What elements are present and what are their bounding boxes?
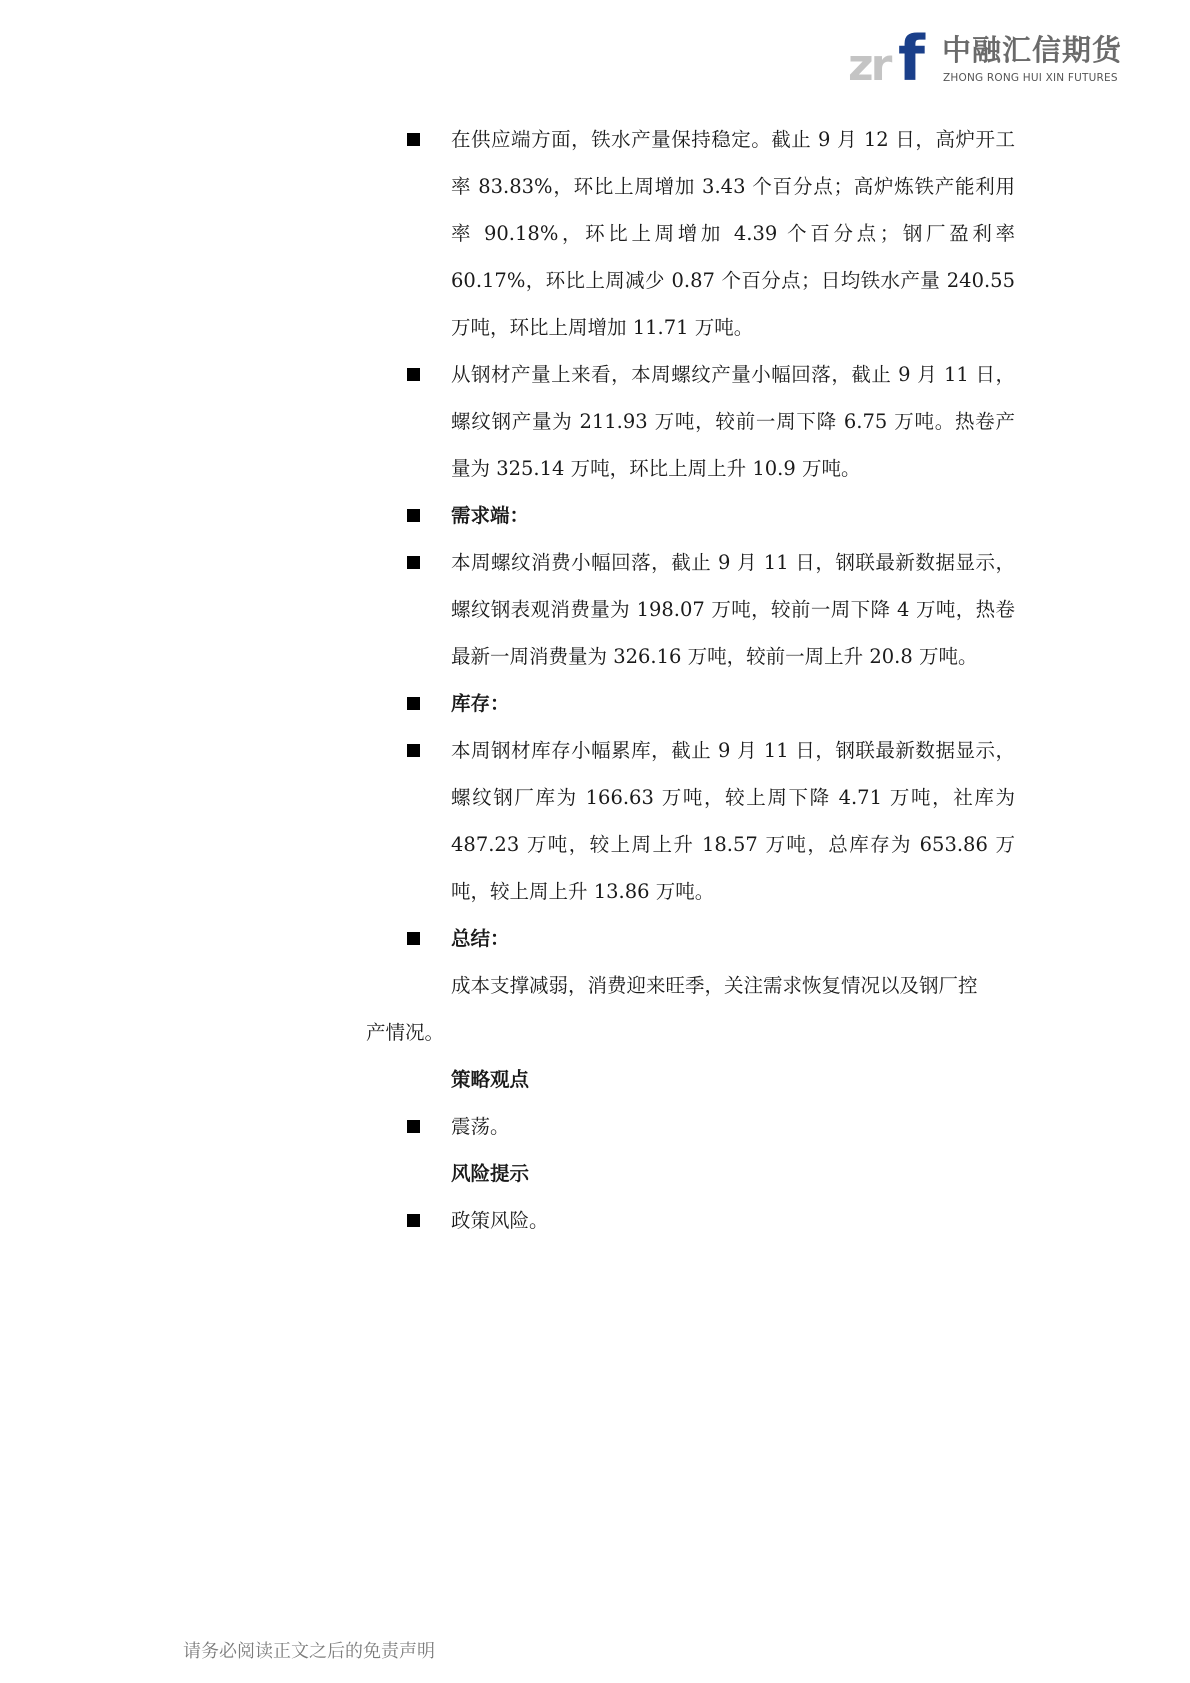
bullet-supply: 在供应端方面，铁水产量保持稳定。截止 9 月 12 日，高炉开工率 83.83%… — [0, 116, 1015, 351]
report-body: 在供应端方面，铁水产量保持稳定。截止 9 月 12 日，高炉开工率 83.83%… — [0, 116, 1190, 1244]
bullet-risk: 政策风险。 — [0, 1197, 1015, 1244]
square-bullet-icon — [407, 133, 420, 146]
square-bullet-icon — [407, 368, 420, 381]
square-bullet-icon — [407, 744, 420, 757]
square-bullet-icon — [407, 932, 420, 945]
heading-risk: 风险提示 — [0, 1150, 1190, 1197]
heading-summary: 总结： — [0, 915, 1015, 962]
square-bullet-icon — [407, 697, 420, 710]
square-bullet-icon — [407, 1120, 420, 1133]
square-bullet-icon — [407, 509, 420, 522]
summary-paragraph: 成本支撑减弱，消费迎来旺季，关注需求恢复情况以及钢厂控 产情况。 — [0, 962, 1015, 1056]
heading-strategy: 策略观点 — [0, 1056, 1190, 1103]
heading-demand: 需求端： — [0, 492, 1015, 539]
square-bullet-icon — [407, 556, 420, 569]
bullet-steel-output: 从钢材产量上来看，本周螺纹产量小幅回落，截止 9 月 11 日，螺纹钢产量为 2… — [0, 351, 1015, 492]
logo-english-name: ZHONG RONG HUI XIN FUTURES — [943, 72, 1118, 84]
heading-inventory: 库存： — [0, 680, 1015, 727]
bullet-demand: 本周螺纹消费小幅回落，截止 9 月 11 日，钢联最新数据显示，螺纹钢表观消费量… — [0, 539, 1015, 680]
square-bullet-icon — [407, 1214, 420, 1227]
logo-mark-icon: zr f — [848, 28, 934, 88]
logo-chinese-name: 中融汇信期货 — [942, 34, 1122, 66]
bullet-strategy: 震荡。 — [0, 1103, 1015, 1150]
disclaimer-footer: 请务必阅读正文之后的免责声明 — [183, 1637, 435, 1663]
bullet-inventory: 本周钢材库存小幅累库，截止 9 月 11 日，钢联最新数据显示，螺纹钢厂库为 1… — [0, 727, 1015, 915]
company-logo: zr f 中融汇信期货 ZHONG RONG HUI XIN FUTURES — [848, 28, 1118, 88]
